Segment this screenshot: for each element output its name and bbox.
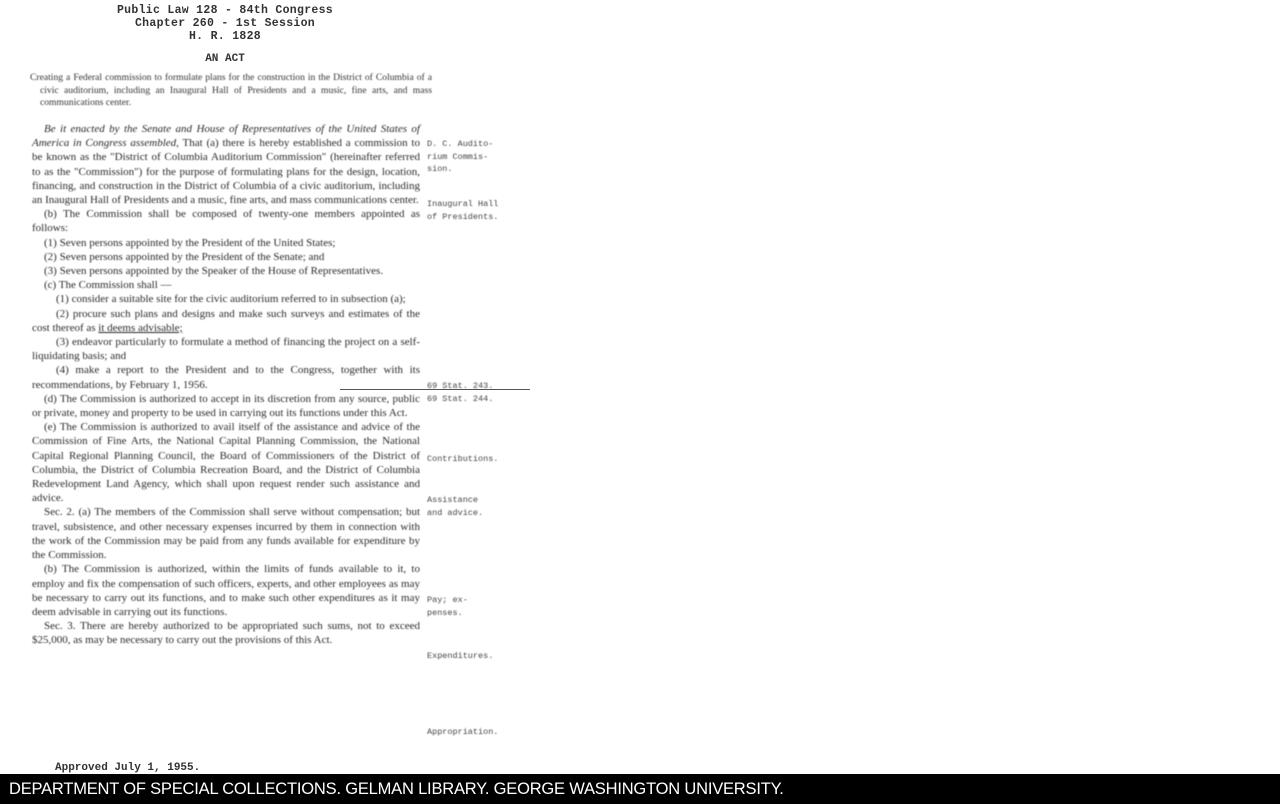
margin-note-pay: Pay; ex- penses.: [427, 594, 537, 619]
section-1-c: (c) The Commission shall —: [32, 278, 420, 292]
section-1-b-2: (2) Seven persons appointed by the Presi…: [32, 250, 420, 264]
section-2-a: Sec. 2. (a) The members of the Commissio…: [32, 505, 420, 562]
scanned-document-page: Public Law 128 - 84th Congress Chapter 2…: [0, 0, 1280, 774]
bill-number: H. R. 1828: [0, 30, 450, 43]
margin-note-assistance: Assistance and advice.: [427, 494, 537, 519]
section-3: Sec. 3. There are hereby authorized to b…: [32, 619, 420, 647]
section-1-c-3: (3) endeavor particularly to formulate a…: [32, 335, 420, 363]
section-1-e: (e) The Commission is authorized to avai…: [32, 420, 420, 505]
public-law-line: Public Law 128 - 84th Congress: [0, 4, 450, 17]
act-preamble: Creating a Federal commission to formula…: [30, 72, 432, 110]
section-1-a: Be it enacted by the Senate and House of…: [32, 122, 420, 207]
section-1-c-2: (2) procure such plans and designs and m…: [32, 307, 420, 335]
section-1-d: (d) The Commission is authorized to acce…: [32, 392, 420, 420]
margin-note-inaugural-hall: Inaugural Hall of Presidents.: [427, 198, 537, 223]
margin-note-statute: 69 Stat. 243. 69 Stat. 244.: [427, 380, 537, 405]
section-1-b: (b) The Commission shall be composed of …: [32, 207, 420, 235]
document-header: Public Law 128 - 84th Congress Chapter 2…: [0, 4, 450, 43]
chapter-line: Chapter 260 - 1st Session: [0, 17, 450, 30]
approval-date: Approved July 1, 1955.: [55, 762, 200, 774]
margin-note-expenditures: Expenditures.: [427, 650, 537, 663]
credit-footer: DEPARTMENT OF SPECIAL COLLECTIONS. GELMA…: [0, 774, 1280, 804]
section-1-b-1: (1) Seven persons appointed by the Presi…: [32, 236, 420, 250]
margin-note-dc-auditorium: D. C. Audito- rium Commis- sion.: [427, 138, 537, 176]
section-1-c-4: (4) make a report to the President and t…: [32, 363, 420, 391]
section-2-b: (b) The Commission is authorized, within…: [32, 562, 420, 619]
margin-note-contributions: Contributions.: [427, 453, 537, 466]
section-1-c-1: (1) consider a suitable site for the civ…: [32, 292, 420, 306]
act-body: Be it enacted by the Senate and House of…: [32, 122, 420, 648]
section-1-b-3: (3) Seven persons appointed by the Speak…: [32, 264, 420, 278]
margin-note-appropriation: Appropriation.: [427, 726, 537, 739]
act-title: AN ACT: [0, 53, 450, 65]
